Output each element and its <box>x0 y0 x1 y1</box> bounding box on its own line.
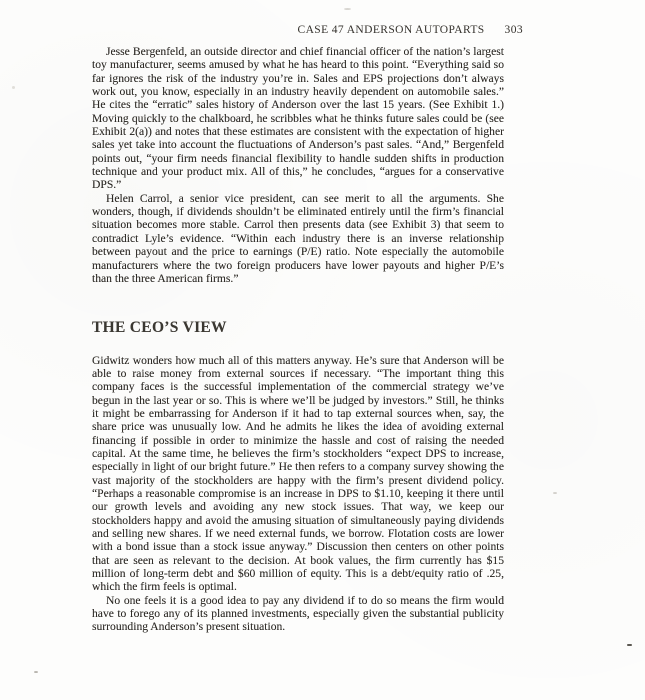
section-heading-ceos-view: THE CEO’S VIEW <box>92 321 504 334</box>
running-title: CASE 47 ANDERSON AUTOPARTS <box>298 24 485 36</box>
book-page: CASE 47 ANDERSON AUTOPARTS303 Jesse Berg… <box>0 0 645 700</box>
page-number: 303 <box>505 24 523 36</box>
scan-speck <box>553 492 557 494</box>
scan-speck <box>627 644 632 646</box>
page-body: Jesse Bergenfeld, an outside director an… <box>92 45 504 634</box>
paragraph-helen-carrol: Helen Carrol, a senior vice president, c… <box>92 192 504 285</box>
scan-speck <box>12 86 15 89</box>
paragraph-no-one-feels: No one feels it is a good idea to pay an… <box>92 594 504 634</box>
scan-speck <box>34 671 38 673</box>
paragraph-gidwitz: Gidwitz wonders how much all of this mat… <box>92 354 504 594</box>
scan-speck <box>344 8 351 10</box>
paragraph-jesse-bergenfeld: Jesse Bergenfeld, an outside director an… <box>92 45 504 192</box>
running-header: CASE 47 ANDERSON AUTOPARTS303 <box>92 24 523 36</box>
